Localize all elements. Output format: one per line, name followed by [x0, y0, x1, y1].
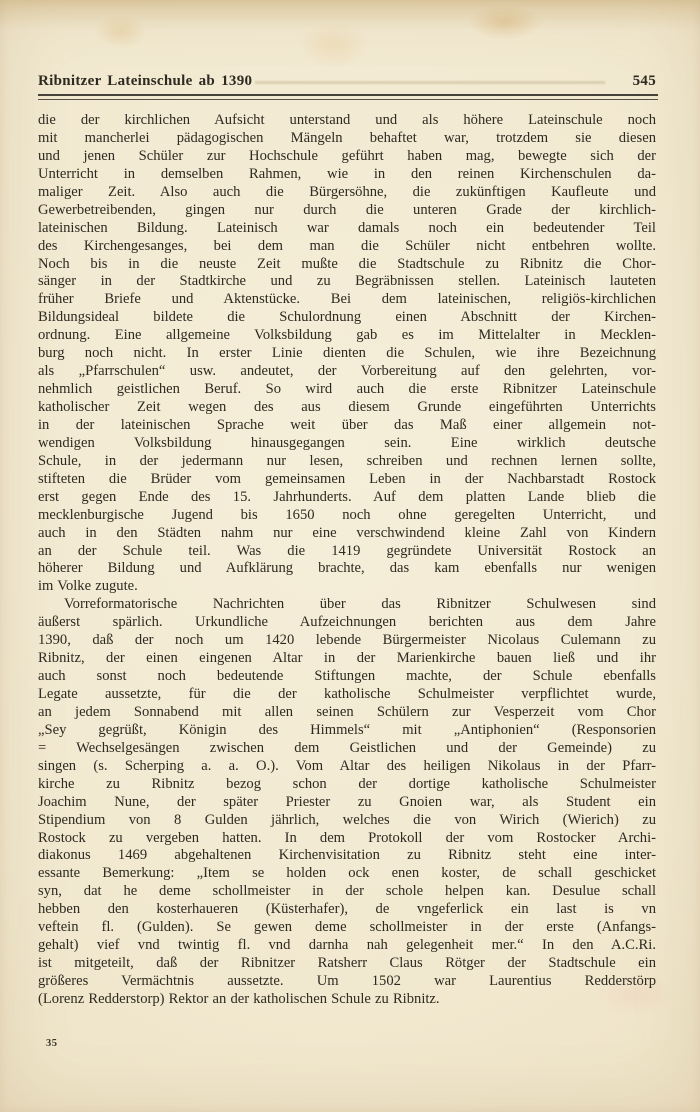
signature-mark: 35	[46, 1038, 58, 1049]
text-line: größeres Vermächtnis aussetzte. Um 1502 …	[38, 973, 656, 991]
text-line: des Kirchengesanges, bei dem man die Sch…	[38, 238, 656, 256]
text-line: Bildungsideal bildete die Schulordnung e…	[38, 309, 656, 327]
text-line: 1390, daß der noch um 1420 lebende Bürge…	[38, 632, 656, 650]
text-line: essante Bemerkung: „Item se holden ock e…	[38, 865, 656, 883]
book-page: Ribnitzer Lateinschule ab 1390 545 die d…	[0, 0, 700, 1112]
text-line: Unterricht in demselben Rahmen, wie in d…	[38, 166, 656, 184]
text-line: ordnung. Eine allgemeine Volksbildung ga…	[38, 327, 656, 345]
text-line: höherer Bildung und Aufklärung brachte, …	[38, 560, 656, 578]
header-rule	[38, 94, 658, 100]
paper-stain	[95, 14, 147, 48]
text-line: Stipendium von 8 Gulden jährlich, welche…	[38, 812, 656, 830]
text-line: katholischer Zeit wegen des aus diesem G…	[38, 399, 656, 417]
page-header: Ribnitzer Lateinschule ab 1390 545	[38, 73, 656, 90]
text-line: mecklenburgische Jugend bis 1650 noch oh…	[38, 507, 656, 525]
text-line: im Volke zugute.	[38, 578, 656, 596]
text-line: stifteten die Brüder vom gemeinsamen Leb…	[38, 471, 656, 489]
running-title: Ribnitzer Lateinschule ab 1390	[38, 73, 252, 90]
text-line: lateinischen Bildung. Lateinisch war dam…	[38, 220, 656, 238]
text-line: an jedem Sonnabend mit allen seinen Schü…	[38, 704, 656, 722]
text-line: „Sey gegrüßt, Königin des Himmels“ mit „…	[38, 722, 656, 740]
text-line: nehmlich geistlichen Beruf. So wird auch…	[38, 381, 656, 399]
text-line: früher Briefe und Aktenstücke. Bei dem l…	[38, 291, 656, 309]
text-line: ist mitgeteilt, daß der Ribnitzer Ratshe…	[38, 955, 656, 973]
text-line: Noch bis in die neuste Zeit mußte die St…	[38, 256, 656, 274]
text-line: kirche zu Ribnitz bezog schon der dortig…	[38, 776, 656, 794]
body-text: die der kirchlichen Aufsicht unterstand …	[38, 112, 656, 1009]
text-line: als „Pfarrschulen“ usw. andeutet, der Vo…	[38, 363, 656, 381]
text-line: singen (s. Scherping a. a. O.). Vom Alta…	[38, 758, 656, 776]
text-line: äußerst spärlich. Urkundliche Aufzeichnu…	[38, 614, 656, 632]
text-line: sänger in der Stadtkirche und zu Begräbn…	[38, 273, 656, 291]
text-line: wendigen Volksbildung hinausgegangen sei…	[38, 435, 656, 453]
text-line: burg noch nicht. In erster Linie dienten…	[38, 345, 656, 363]
text-line: hebben den kosterhaueren (Küsterhafer), …	[38, 901, 656, 919]
text-line: auch in den Städten nahm nur eine versch…	[38, 525, 656, 543]
text-line: = Wechselgesängen zwischen dem Geistlich…	[38, 740, 656, 758]
text-line: Ribnitz, der einen eingenen Altar in der…	[38, 650, 656, 668]
text-line: und jenen Schüler zur Hochschule geführt…	[38, 148, 656, 166]
text-line: Rostock zu vergeben hatten. In dem Proto…	[38, 830, 656, 848]
text-line: in der lateinischen Sprache weit über da…	[38, 417, 656, 435]
text-line: (Lorenz Redderstorp) Rektor an der katho…	[38, 991, 656, 1009]
text-line: erst gegen Ende des 15. Jahrhunderts. Au…	[38, 489, 656, 507]
text-line: Vorreformatorische Nachrichten über das …	[38, 596, 656, 614]
text-line: Schule, in der jedermann nur lesen, schr…	[38, 453, 656, 471]
scan-edge-shading	[0, 0, 700, 30]
text-line: gehalt) vief vnd twintig fl. vnd darnha …	[38, 937, 656, 955]
text-line: syn, dat he deme schollmeister in der sc…	[38, 883, 656, 901]
text-line: maliger Zeit. Also auch die Bürgersöhne,…	[38, 184, 656, 202]
text-line: mit mancherlei pädagogischen Mängeln beh…	[38, 130, 656, 148]
text-line: an der Schule teil. Was die 1419 gegründ…	[38, 543, 656, 561]
text-line: auch sonst noch bedeutende Stiftungen ma…	[38, 668, 656, 686]
paper-stain	[298, 22, 370, 68]
text-line: Joachim Nune, der später Priester zu Gno…	[38, 794, 656, 812]
text-line: Legate aussetzte, für die der katholisch…	[38, 686, 656, 704]
text-line: veftein fl. (Gulden). Se gewen deme scho…	[38, 919, 656, 937]
text-line: diakonus 1469 abgehaltenen Kirchenvisita…	[38, 847, 656, 865]
text-line: Gewerbetreibenden, gingen nur durch die …	[38, 202, 656, 220]
text-line: die der kirchlichen Aufsicht unterstand …	[38, 112, 656, 130]
paper-stain	[468, 4, 542, 40]
page-number: 545	[633, 73, 656, 90]
